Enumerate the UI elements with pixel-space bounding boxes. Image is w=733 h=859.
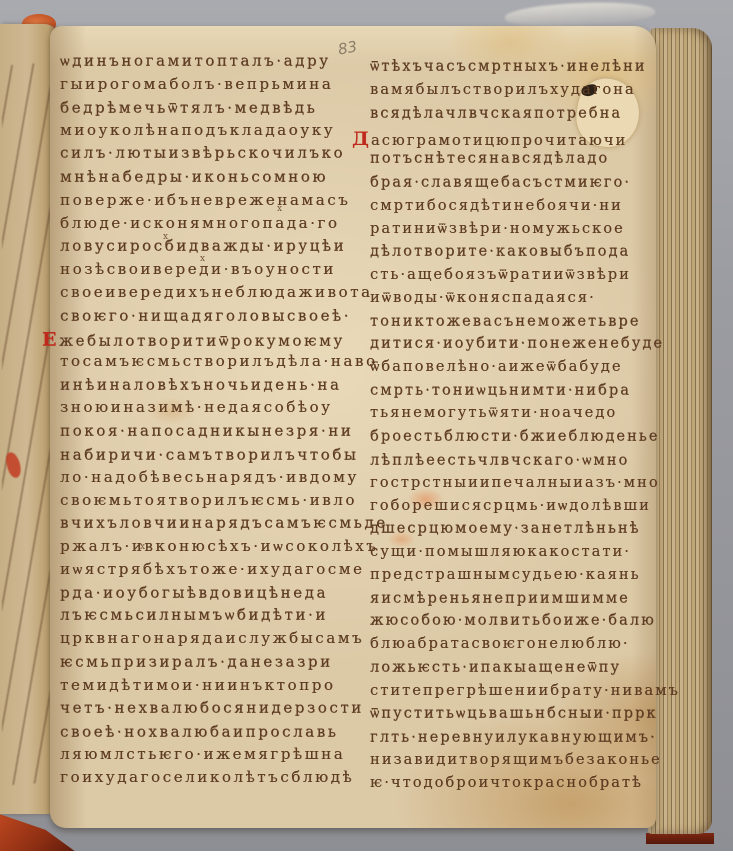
manuscript-line: гоборешисясрцмь·иѡдолѣвши bbox=[370, 498, 660, 521]
manuscript-line: тосамъѥсмьстворилъдѣла·наво bbox=[60, 352, 360, 375]
manuscript-line: сть·ащебоязъѿратииѿзвѣри bbox=[370, 267, 660, 290]
manuscript-line: брая·славящебасъстмиѥго· bbox=[370, 175, 660, 198]
previous-leaf-text-texture bbox=[2, 62, 50, 785]
manuscript-line: низавидитворящимъбезаконье bbox=[370, 752, 660, 775]
manuscript-line: потъснѣтесянавсядѣладо bbox=[370, 151, 660, 174]
manuscript-line: ржалъ·ивконюсѣхъ·иѡсоколѣхъ bbox=[60, 537, 360, 560]
manuscript-line: темидѣтимои·ниинъктопро bbox=[60, 676, 360, 699]
manuscript-line: четъ·нехвалюбосянидерзости bbox=[60, 698, 360, 721]
manuscript-line: блюде·исконямногопада·го bbox=[60, 214, 360, 237]
manuscript-line: нозѣсвоивереди·въоуности bbox=[60, 260, 360, 283]
manuscript-line: глть·неревнуилукавнующимъ· bbox=[370, 729, 660, 752]
book-cover-edge-bottom-right bbox=[646, 833, 714, 844]
manuscript-line: сущи·помышляюкакостати· bbox=[370, 544, 660, 567]
manuscript-column-right: ѿтѣхъчасъсмртныхъ·инелѣнивамябылъстворил… bbox=[370, 59, 660, 798]
manuscript-line: ловусиросбидважды·ируцѣи bbox=[60, 236, 360, 259]
manuscript-line: ѥ·чтодоброичтокраснобратѣ bbox=[370, 775, 660, 798]
manuscript-line: ратиниѿзвѣри·номужьское bbox=[370, 221, 660, 244]
manuscript-line: лъѥсмьсилнымъѡбидѣти·и bbox=[60, 606, 360, 629]
interlinear-mark: х bbox=[163, 232, 168, 242]
manuscript-line: ложьѥсть·ипакыащенеѿпу bbox=[370, 660, 660, 683]
manuscript-line: ѡдинъногамитопталъ·адру bbox=[60, 52, 360, 75]
manuscript-line: своѥго·нищадяголовысвоеѣ· bbox=[60, 307, 360, 330]
manuscript-line: покоя·напосадникынезря·ни bbox=[60, 421, 360, 444]
manuscript-line: всядѣлачлвчскаяпотребна bbox=[370, 106, 660, 129]
manuscript-line: смртибосядѣтинебоячи·ни bbox=[370, 198, 660, 221]
manuscript-line: ляюмлстьѥго·ижемягрѣшна bbox=[60, 745, 360, 768]
manuscript-line: ѿбаповелѣно·аижеѿбабуде bbox=[370, 359, 660, 382]
manuscript-line: миоуколѣнаподъкладаоуку bbox=[60, 121, 360, 144]
manuscript-line: рда·иоубогыѣвдовицѣнеда bbox=[60, 584, 360, 607]
manuscript-line: мнѣнабедры·иконьсомною bbox=[60, 168, 360, 191]
photo-background: 83 ѡдинъногамитопталъ·адругыирогомаболъ·… bbox=[0, 0, 733, 851]
manuscript-line: бедрѣмечьѿтялъ·медвѣдь bbox=[60, 99, 360, 122]
manuscript-line: ѿпуститьѡцьвашьнбсныи·пррк bbox=[370, 705, 660, 728]
rubric-initial: Д bbox=[352, 128, 371, 150]
manuscript-line: иѡястрябѣхътоже·ихудагосме bbox=[60, 560, 360, 583]
manuscript-line: своеѣ·нохвалюбаипрославь bbox=[60, 722, 360, 745]
manuscript-line: набиричи·самътворилъчтобы bbox=[60, 445, 360, 468]
manuscript-line: ѿтѣхъчасъсмртныхъ·инелѣни bbox=[370, 59, 660, 82]
manuscript-line: Дасюграмотицюпрочитаючи bbox=[370, 128, 660, 151]
manuscript-line: инѣиналовѣхъночьидень·на bbox=[60, 376, 360, 399]
manuscript-line: Ежебылотворитиѿрокумоѥму bbox=[60, 329, 360, 352]
interlinear-mark: х bbox=[277, 204, 282, 214]
manuscript-line: гыирогомаболъ·вепрьмина bbox=[60, 75, 360, 98]
manuscript-line: ѥсмьпризиралъ·данезазри bbox=[60, 653, 360, 676]
rubric-initial: Е bbox=[42, 329, 59, 351]
interlinear-mark: х bbox=[140, 542, 145, 552]
manuscript-line: вчихъловчиинарядъсамъѥсмьде bbox=[60, 513, 360, 536]
manuscript-line: своѥмьтоятворилъѥсмь·ивло bbox=[60, 491, 360, 514]
manuscript-line: тьянемогутьѿяти·ноачедо bbox=[370, 405, 660, 428]
manuscript-line: ститепрегрѣшениибрату·нивамъ bbox=[370, 683, 660, 706]
interlinear-mark: х bbox=[200, 254, 205, 264]
manuscript-line: броестьблюсти·бжиеблюденье bbox=[370, 428, 660, 451]
manuscript-page: 83 ѡдинъногамитопталъ·адругыирогомаболъ·… bbox=[50, 26, 656, 828]
manuscript-line: смрть·тониѡцьнимти·нибра bbox=[370, 383, 660, 406]
manuscript-line: силъ·лютыизвѣрьскочилъко bbox=[60, 144, 360, 167]
manuscript-line: тониктожевасънеможетьвре bbox=[370, 314, 660, 337]
manuscript-line: дитися·иоубити·понеженебуде bbox=[370, 336, 660, 359]
manuscript-line: поверже·ибъневреженамасъ bbox=[60, 191, 360, 214]
manuscript-line: вамябылъстворилъхудагона bbox=[370, 82, 660, 105]
manuscript-line: гоихудагоселиколѣтъсблюдѣ bbox=[60, 768, 360, 791]
manuscript-line: гострстныиипечалныиазъ·мно bbox=[370, 475, 660, 498]
manuscript-line: дѣлотворите·каковыбъпода bbox=[370, 243, 660, 266]
manuscript-line: предстрашнымсудьею·каянь bbox=[370, 567, 660, 590]
manuscript-line: жюсобою·молвитьбоиже·балю bbox=[370, 613, 660, 636]
manuscript-line: лѣплѣеестьчлвчскаго·ѡмно bbox=[370, 452, 660, 475]
manuscript-line: блюабратасвоѥгонелюблю· bbox=[370, 636, 660, 659]
manuscript-line: дшесрцюмоему·занетлѣньнѣ bbox=[370, 520, 660, 543]
manuscript-line: иѿводы·ѿконяспадаяся· bbox=[370, 290, 660, 313]
page-curl-highlight bbox=[505, 0, 656, 29]
manuscript-line: яисмѣреньянеприимшимме bbox=[370, 591, 660, 614]
manuscript-line: своеивередихънеблюдаживота bbox=[60, 283, 360, 306]
manuscript-line: зноюиназимѣ·недаясобѣоу bbox=[60, 398, 360, 421]
manuscript-line: ло·надобѣвесьнарядъ·ивдому bbox=[60, 468, 360, 491]
manuscript-column-left: ѡдинъногамитопталъ·адругыирогомаболъ·веп… bbox=[60, 52, 360, 791]
manuscript-line: црквнагонарядаислужбысамъ bbox=[60, 629, 360, 652]
